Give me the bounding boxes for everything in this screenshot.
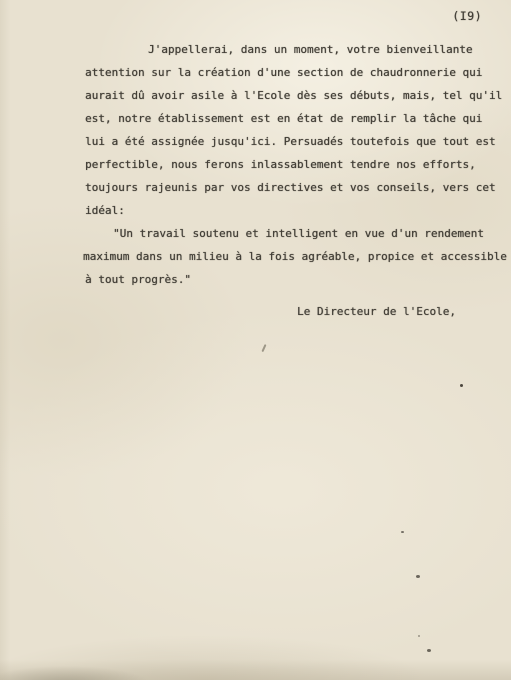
ink-speck xyxy=(427,649,431,652)
typed-line: "Un travail soutenu et intelligent en vu… xyxy=(85,222,511,245)
typed-line: attention sur la création d'une section … xyxy=(85,61,511,84)
ink-speck xyxy=(460,384,463,387)
scanned-page: (I9) J'appellerai, dans un moment, votre… xyxy=(0,0,511,680)
typed-line: aurait dû avoir asile à l'Ecole dès ses … xyxy=(85,84,511,107)
typed-text-block: J'appellerai, dans un moment, votre bien… xyxy=(85,38,511,323)
page-number: (I9) xyxy=(452,9,482,23)
ink-speck xyxy=(416,575,420,578)
typed-line: à tout progrès." xyxy=(85,268,511,291)
ink-speck xyxy=(418,635,420,637)
typed-line: maximum dans un milieu à la fois agréabl… xyxy=(83,245,511,268)
typed-line: est, notre établissement est en état de … xyxy=(85,107,511,130)
paper-crease-mark xyxy=(261,344,266,352)
typed-line: toujours rajeunis par vos directives et … xyxy=(85,176,511,199)
typed-line: J'appellerai, dans un moment, votre bien… xyxy=(85,38,511,61)
typed-line: idéal: xyxy=(85,199,511,222)
ink-speck xyxy=(401,531,404,533)
typed-line: perfectible, nous ferons inlassablement … xyxy=(85,153,511,176)
signature-line: Le Directeur de l'Ecole, xyxy=(85,300,511,323)
typed-line: lui a été assignée jusqu'ici. Persuadés … xyxy=(85,130,511,153)
